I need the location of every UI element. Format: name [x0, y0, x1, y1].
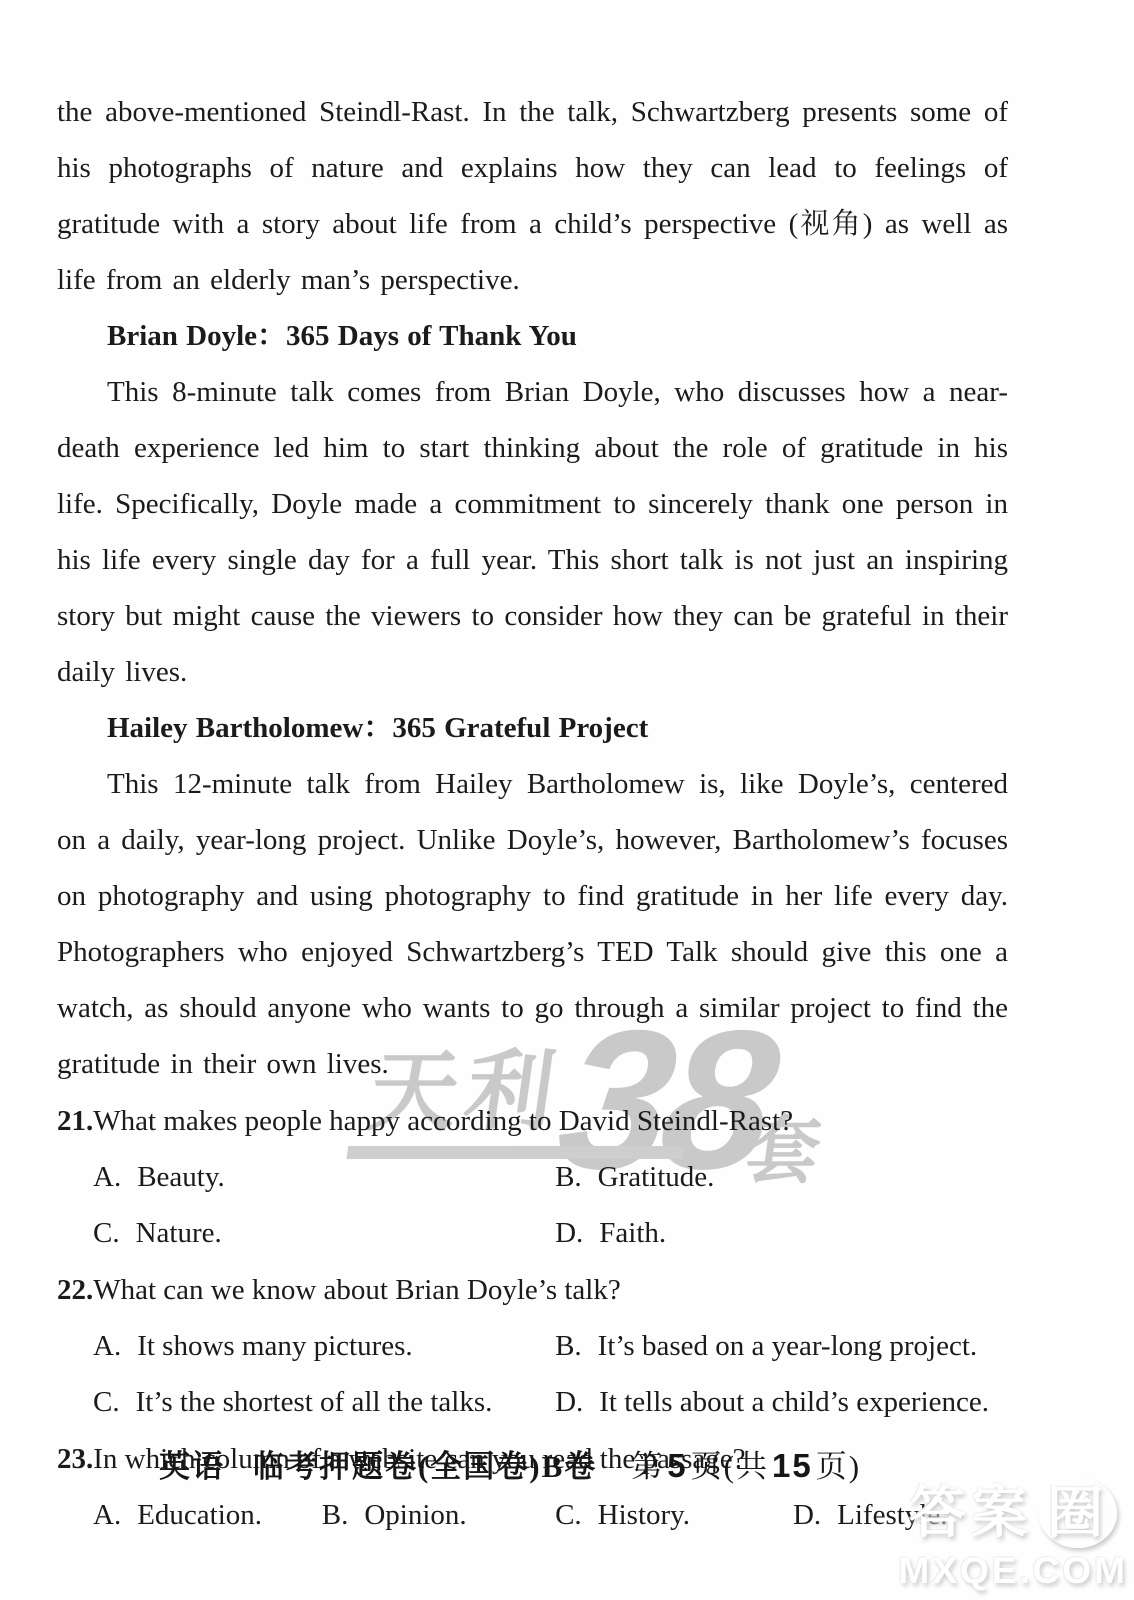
- daanquan-watermark-name: 答案圈: [898, 1478, 1128, 1548]
- option-23-c-label: C.: [555, 1487, 582, 1543]
- option-22-d-label: D.: [555, 1374, 583, 1430]
- option-21-a-text: Beauty.: [137, 1161, 225, 1193]
- footer-page-middle: 页(共: [691, 1449, 769, 1484]
- question-22: 22.What can we know about Brian Doyle’s …: [57, 1262, 1008, 1318]
- daanquan-circle-character: 圈: [1039, 1478, 1117, 1548]
- option-23-b-text: Opinion.: [364, 1499, 466, 1531]
- option-21-c-label: C.: [93, 1205, 120, 1261]
- option-21-d-text: Faith.: [599, 1217, 666, 1249]
- question-21-number: 21.: [57, 1105, 93, 1137]
- continued-paragraph: the above-mentioned Steindl-Rast. In the…: [57, 84, 1008, 308]
- option-21-d: D.Faith.: [555, 1205, 1008, 1261]
- option-21-d-label: D.: [555, 1205, 583, 1261]
- option-22-b-label: B.: [555, 1318, 582, 1374]
- daanquan-watermark-logo: 答案圈 MXQE.COM: [898, 1478, 1128, 1592]
- section-heading-hailey-bartholomew: Hailey Bartholomew：365 Grateful Project: [57, 700, 1008, 756]
- option-23-a-label: A.: [93, 1487, 121, 1543]
- section-body-brian-doyle: This 8-minute talk comes from Brian Doyl…: [57, 364, 1008, 700]
- option-23-a-text: Education.: [137, 1499, 262, 1531]
- option-23-c: C.History.: [555, 1487, 793, 1543]
- mxqe-site-text: MXQE.COM: [898, 1550, 1128, 1592]
- page-footer: 英语临考押题卷(全国卷)B卷第5页(共15页): [0, 1438, 1020, 1495]
- section-heading-brian-doyle: Brian Doyle：365 Days of Thank You: [57, 308, 1008, 364]
- option-23-d-label: D.: [793, 1487, 821, 1543]
- exam-paper-page: 天利 38 套 the above-mentioned Steindl-Rast…: [0, 0, 1134, 1600]
- question-21-text: What makes people happy according to Dav…: [93, 1105, 793, 1137]
- option-22-b-text: It’s based on a year-long project.: [598, 1330, 978, 1362]
- footer-page-number: 5: [664, 1447, 690, 1484]
- option-23-a: A.Education.: [93, 1487, 322, 1543]
- question-21: 21.What makes people happy according to …: [57, 1093, 1008, 1149]
- option-21-b-text: Gratitude.: [598, 1161, 715, 1193]
- daanquan-name-text: 答案: [909, 1481, 1033, 1544]
- option-22-a-text: It shows many pictures.: [137, 1330, 412, 1362]
- option-21-b: B.Gratitude.: [555, 1149, 1008, 1205]
- option-21-c: C.Nature.: [93, 1205, 555, 1261]
- option-22-d-text: It tells about a child’s experience.: [599, 1386, 989, 1418]
- option-22-c: C.It’s the shortest of all the talks.: [93, 1374, 555, 1430]
- option-22-b: B.It’s based on a year-long project.: [555, 1318, 1008, 1374]
- option-23-b: B.Opinion.: [322, 1487, 555, 1543]
- footer-page-suffix: 页): [816, 1449, 861, 1484]
- option-22-d: D.It tells about a child’s experience.: [555, 1374, 1008, 1430]
- option-23-c-text: History.: [598, 1499, 690, 1531]
- footer-page-prefix: 第: [631, 1449, 664, 1484]
- option-22-a: A.It shows many pictures.: [93, 1318, 555, 1374]
- question-21-options: A.Beauty. B.Gratitude. C.Nature. D.Faith…: [57, 1149, 1008, 1261]
- footer-page-total: 15: [769, 1447, 816, 1484]
- option-21-c-text: Nature.: [136, 1217, 222, 1249]
- option-21-a: A.Beauty.: [93, 1149, 555, 1205]
- option-22-a-label: A.: [93, 1318, 121, 1374]
- question-22-text: What can we know about Brian Doyle’s tal…: [93, 1274, 620, 1306]
- option-22-c-text: It’s the shortest of all the talks.: [136, 1386, 493, 1418]
- footer-paper-title: 临考押题卷(全国卷)B卷: [253, 1449, 597, 1484]
- question-22-number: 22.: [57, 1274, 93, 1306]
- question-23-options: A.Education. B.Opinion. C.History. D.Lif…: [57, 1487, 1008, 1543]
- footer-subject: 英语: [159, 1449, 225, 1484]
- option-21-a-label: A.: [93, 1149, 121, 1205]
- option-23-b-label: B.: [322, 1487, 349, 1543]
- option-22-c-label: C.: [93, 1374, 120, 1430]
- page-content: the above-mentioned Steindl-Rast. In the…: [0, 0, 1134, 1543]
- question-22-options: A.It shows many pictures. B.It’s based o…: [57, 1318, 1008, 1430]
- option-21-b-label: B.: [555, 1149, 582, 1205]
- section-body-hailey-bartholomew: This 12-minute talk from Hailey Bartholo…: [57, 756, 1008, 1092]
